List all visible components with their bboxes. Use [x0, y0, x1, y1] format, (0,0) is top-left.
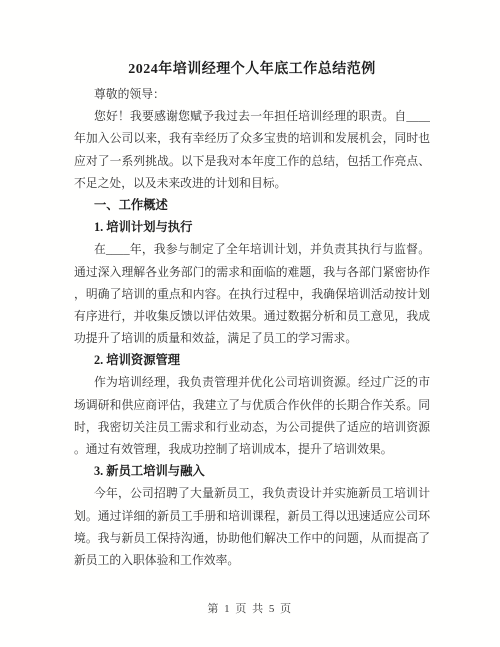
- paragraph-line: 场调研和供应商评估，我建立了与优质合作伙伴的长期合作关系。同: [74, 394, 430, 416]
- subsection-heading-1: 1. 培训计划与执行: [74, 216, 430, 238]
- paragraph-line: 作为培训经理，我负责管理并优化公司培训资源。经过广泛的市: [74, 371, 430, 393]
- subsection-heading-3: 3. 新员工培训与融入: [74, 460, 430, 482]
- document-page: 2024年培训经理个人年底工作总结范例 尊敬的领导： 您好！我要感谢您赋予我过去…: [0, 0, 500, 647]
- subsection-heading-2: 2. 培训资源管理: [74, 349, 430, 371]
- paragraph-line: 有序进行，并收集反馈以评估效果。通过数据分析和员工意见，我成: [74, 305, 430, 327]
- paragraph-line: 您好！我要感谢您赋予我过去一年担任培训经理的职责。自____: [74, 105, 430, 127]
- paragraph-line: 功提升了培训的质量和效益，满足了员工的学习需求。: [74, 327, 430, 349]
- paragraph-line: 新员工的入职体验和工作效率。: [74, 549, 430, 571]
- paragraph-line: 在____年，我参与制定了全年培训计划，并负责其执行与监督。: [74, 238, 430, 260]
- paragraph-line: 时，我密切关注员工需求和行业动态，为公司提供了适应的培训资源: [74, 416, 430, 438]
- paragraph-line: 年加入公司以来，我有幸经历了众多宝贵的培训和发展机会，同时也: [74, 127, 430, 149]
- section-heading: 一、工作概述: [74, 194, 430, 216]
- paragraph-line: 通过深入理解各业务部门的需求和面临的难题，我与各部门紧密协作: [74, 261, 430, 283]
- document-title: 2024年培训经理个人年底工作总结范例: [74, 59, 430, 81]
- page-footer: 第 1 页 共 5 页: [0, 600, 500, 620]
- greeting: 尊敬的领导：: [74, 83, 430, 105]
- paragraph-line: ，明确了培训的重点和内容。在执行过程中，我确保培训活动按计划: [74, 283, 430, 305]
- paragraph-line: 不足之处，以及未来改进的计划和目标。: [74, 172, 430, 194]
- paragraph-line: 今年，公司招聘了大量新员工，我负责设计并实施新员工培训计: [74, 482, 430, 504]
- paragraph-line: 划。通过详细的新员工手册和培训课程，新员工得以迅速适应公司环: [74, 505, 430, 527]
- document-body: 2024年培训经理个人年底工作总结范例 尊敬的领导： 您好！我要感谢您赋予我过去…: [0, 0, 500, 571]
- paragraph-line: 应对了一系列挑战。以下是我对本年度工作的总结，包括工作亮点、: [74, 150, 430, 172]
- paragraph-line: 。通过有效管理，我成功控制了培训成本，提升了培训效果。: [74, 438, 430, 460]
- paragraph-line: 境。我与新员工保持沟通，协助他们解决工作中的问题，从而提高了: [74, 527, 430, 549]
